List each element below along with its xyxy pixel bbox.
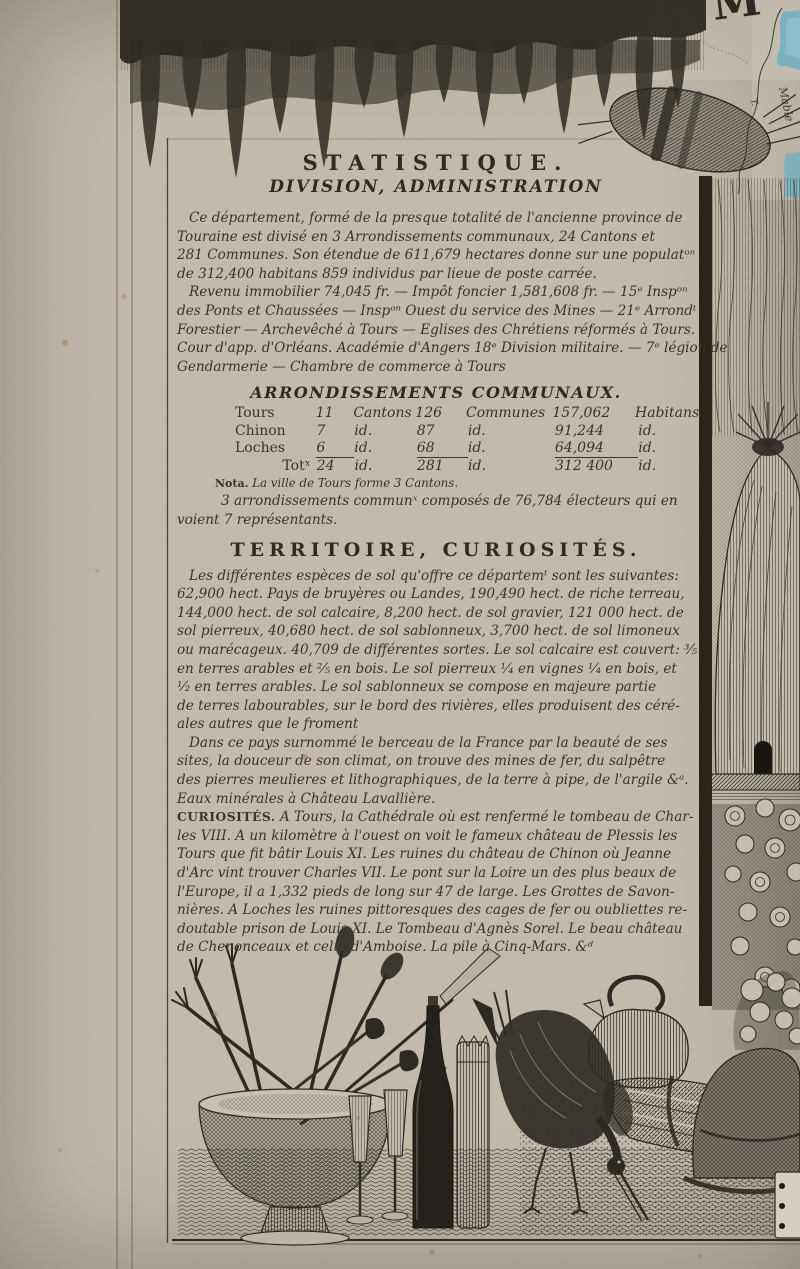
scanned-map-sheet: M Mable T. <box>0 0 800 1269</box>
text-line: ales autres que le froment <box>177 715 695 734</box>
text-line: Touraine est divisé en 3 Arrondissements… <box>177 228 695 247</box>
text-line: Les différentes espèces de sol qu'offre … <box>177 567 695 586</box>
text-line: 144,000 hect. de sol calcaire, 8,200 hec… <box>177 604 695 623</box>
table-row: Chinon 7 id. 87 id. 91,244 id. <box>177 423 695 441</box>
text-line: des pierres meulieres et lithographiques… <box>177 771 695 790</box>
text-line: 3 arrondissements communˣ composés de 76… <box>177 492 695 511</box>
text-line: nières. A Loches les ruines pittoresques… <box>177 901 695 920</box>
table-row: Totˣ 24 id. 281 id. 312 400 id. <box>177 458 695 476</box>
text-line: d'Arc vint trouver Charles VII. Le pont … <box>177 864 695 883</box>
text-line: en terres arables et ²⁄₅ en bois. Le sol… <box>177 660 695 679</box>
text-line: Revenu immobilier 74,045 fr. — Impôt fon… <box>177 283 695 302</box>
text-line: les VIII. A un kilomètre à l'ouest on vo… <box>177 827 695 846</box>
text-line: Cour d'app. d'Orléans. Académie d'Angers… <box>177 339 695 358</box>
table-row: Tours 11 Cantons 126 Communes 157,062 Ha… <box>177 405 695 423</box>
panel-subtitle: DIVISION, ADMINISTRATION <box>177 177 695 197</box>
curiosites-first-line: CURIOSITÉS. A Tours, la Cathédrale où es… <box>177 808 695 827</box>
text-line: des Ponts et Chaussées — Inspᵒⁿ Ouest du… <box>177 302 695 321</box>
text-line: Eaux minérales à Château Lavallière. <box>177 790 695 809</box>
paragraph-curiosites: CURIOSITÉS. A Tours, la Cathédrale où es… <box>177 808 695 957</box>
text-line: voient 7 représentants. <box>177 511 695 530</box>
nota-label: Nota. <box>215 477 248 490</box>
text-line: Ce département, formé de la presque tota… <box>177 209 695 228</box>
text-line: Gendarmerie — Chambre de commerce à Tour… <box>177 358 695 377</box>
paragraph-pays: Dans ce pays surnommé le berceau de la F… <box>177 734 695 808</box>
text-line: de Chenonceaux et celui d'Amboise. La pi… <box>177 938 695 957</box>
text-line: Dans ce pays surnommé le berceau de la F… <box>177 734 695 753</box>
text-line: 281 Communes. Son étendue de 611,679 hec… <box>177 246 695 265</box>
table-row: Loches 6 id. 68 id. 64,094 id. <box>177 440 695 458</box>
curiosites-lines: les VIII. A un kilomètre à l'ouest on vo… <box>177 827 695 957</box>
text-line: de 312,400 habitans 859 individus par li… <box>177 265 695 284</box>
text-line: 62,900 hect. Pays de bruyères ou Landes,… <box>177 585 695 604</box>
territoire-heading: TERRITOIRE, CURIOSITÉS. <box>177 539 695 561</box>
statistics-panel: STATISTIQUE. DIVISION, ADMINISTRATION Ce… <box>167 140 701 957</box>
arrondissements-table: Tours 11 Cantons 126 Communes 157,062 Ha… <box>177 405 695 475</box>
text-line: de terres labourables, sur le bord des r… <box>177 697 695 716</box>
paragraph-administration: Revenu immobilier 74,045 fr. — Impôt fon… <box>177 283 695 376</box>
text-line: Tours que fit bâtir Louis XI. Les ruines… <box>177 845 695 864</box>
nota-line: Nota. La ville de Tours forme 3 Cantons. <box>177 475 695 492</box>
text-line: doutable prison de Louis XI. Le Tombeau … <box>177 920 695 939</box>
text-line: ou marécageux. 40,709 de différentes sor… <box>177 641 695 660</box>
paragraph-soils: Les différentes espèces de sol qu'offre … <box>177 567 695 734</box>
text-line: Forestier — Archevêché à Tours — Eglises… <box>177 321 695 340</box>
curiosites-label: CURIOSITÉS. <box>177 809 276 824</box>
paragraph-division: Ce département, formé de la presque tota… <box>177 209 695 283</box>
text-line: ¹⁄₂ en terres arables. Le sol sablonneux… <box>177 678 695 697</box>
electors-lines: 3 arrondissements communˣ composés de 76… <box>177 492 695 529</box>
text-line: sol pierreux, 40,680 hect. de sol sablon… <box>177 622 695 641</box>
curiosites-first-text: A Tours, la Cathédrale où est renfermé l… <box>280 809 694 825</box>
text-line: sites, la douceur de son climat, on trou… <box>177 752 695 771</box>
text-line: l'Europe, il a 1,332 pieds de long sur 4… <box>177 883 695 902</box>
arrondissements-heading: ARRONDISSEMENTS COMMUNAUX. <box>177 383 695 402</box>
panel-title: STATISTIQUE. <box>177 150 695 175</box>
nota-text: La ville de Tours forme 3 Cantons. <box>252 476 458 490</box>
